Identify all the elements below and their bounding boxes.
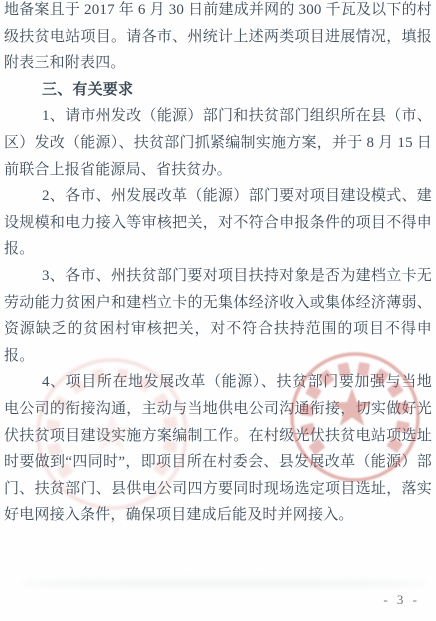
text-line: 门、扶贫部门、县供电公司四方要同时现场选定项目选址，落实 — [4, 476, 432, 503]
text-line: 4、项目所在地发展改革（能源）、扶贫部门要加强与当地供 — [4, 369, 432, 396]
text-line: 时要做到“四同时”，即项目所在村委会、县发展改革（能源）部 — [4, 449, 432, 476]
page-number: - 3 - — [383, 592, 420, 608]
text-line: 区）发改（能源）、扶贫部门抓紧编制实施方案，并于 8 月 15 日 — [4, 130, 432, 157]
text-line: 报。 — [4, 236, 432, 263]
text-line: 劳动能力贫困户和建档立卡的无集体经济收入或集体经济薄弱、 — [4, 290, 432, 317]
text-line: 报。 — [4, 343, 432, 370]
text-line: 设规模和电力接入等审核把关，对不符合申报条件的项目不得申 — [4, 210, 432, 237]
document-body-text: 地备案且于 2017 年 6 月 30 日前建成并网的 300 千瓦及以下的村级… — [4, 0, 432, 529]
scanned-document-page: 地备案且于 2017 年 6 月 30 日前建成并网的 300 千瓦及以下的村级… — [0, 0, 436, 621]
text-line: 电公司的衔接沟通，主动与当地供电公司沟通衔接，切实做好光 — [4, 396, 432, 423]
text-line: 地备案且于 2017 年 6 月 30 日前建成并网的 300 千瓦及以下的村 — [4, 0, 432, 24]
text-line: 前联合上报省能源局、省扶贫办。 — [4, 157, 432, 184]
text-line: 1、请市州发改（能源）部门和扶贫部门组织所在县（市、 — [4, 103, 432, 130]
text-line: 2、各市、州发展改革（能源）部门要对项目建设模式、建 — [4, 183, 432, 210]
text-line: 附表三和附表四。 — [4, 50, 432, 77]
text-line: 级扶贫电站项目。请各市、州统计上述两类项目进展情况，填报 — [4, 24, 432, 51]
text-line: 伏扶贫项目建设实施方案编制工作。在村级光伏扶贫电站项选址 — [4, 423, 432, 450]
section-heading: 三、有关要求 — [4, 77, 432, 104]
text-line: 好电网接入条件，确保项目建成后能及时并网接入。 — [4, 502, 432, 529]
text-line: 3、各市、州扶贫部门要对项目扶持对象是否为建档立卡无 — [4, 263, 432, 290]
text-line: 资源缺乏的贫困村审核把关，对不符合扶持范围的项目不得申 — [4, 316, 432, 343]
scan-smudge-artifact — [20, 579, 428, 588]
